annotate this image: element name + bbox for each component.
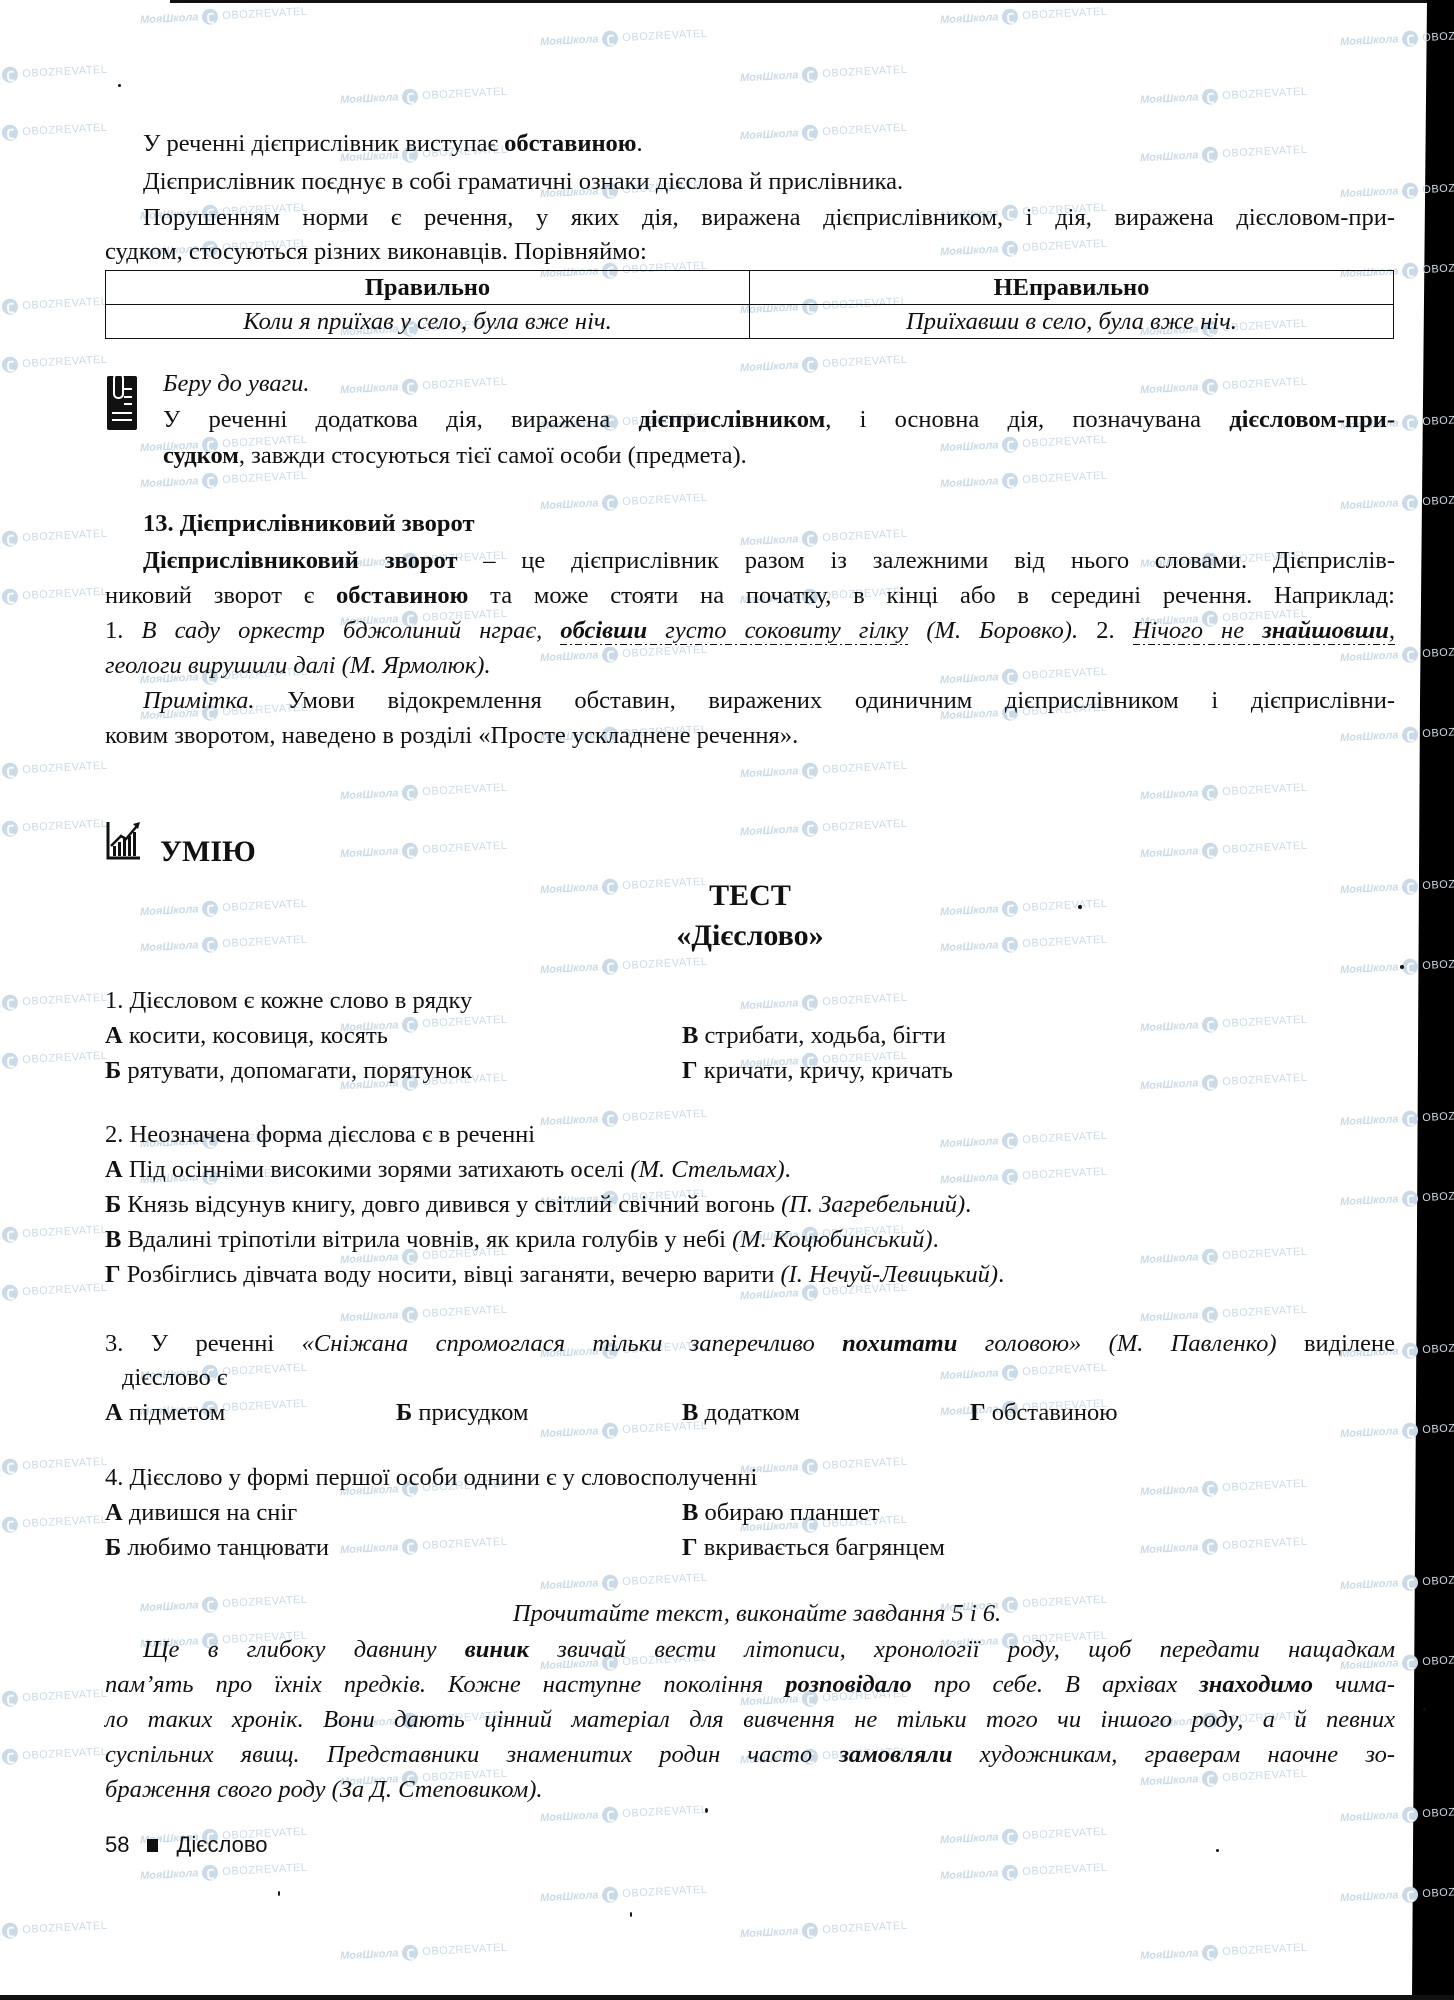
- question-1-option-g[interactable]: Г кричати, кричу, кричать: [682, 1055, 953, 1087]
- note-line-2: судком, завжди стосуються тієї самої осо…: [163, 440, 747, 472]
- passage-line-5: браження свого роду (За Д. Степовиком).: [105, 1774, 543, 1806]
- scan-speck: [1078, 905, 1082, 909]
- question-4-text: 4. Дієслово у формі першої особи однини …: [105, 1462, 757, 1494]
- question-3-text-line-2: дієслово є: [122, 1362, 227, 1394]
- skills-heading: УМІЮ: [160, 834, 256, 870]
- intro-paragraph-3-line-2: судком, стосуються різних виконавців. По…: [105, 236, 647, 268]
- table-header-correct: Правильно: [106, 271, 750, 305]
- section-13-definition-line-2: никовий зворот є обставиною та може стоя…: [105, 580, 1395, 612]
- section-13-heading: 13. Дієприслівниковий зворот: [143, 508, 475, 540]
- section-13-examples-line-1: 1. В саду оркестр бджолиний нграє, обсів…: [105, 615, 1395, 647]
- scan-speck: [118, 84, 121, 87]
- footer-square-icon: [147, 1839, 158, 1852]
- question-1-option-v[interactable]: В стрибати, ходьба, бігти: [682, 1020, 946, 1052]
- passage-line-2: пам’ять про їхніх предків. Кожне наступн…: [105, 1669, 1395, 1701]
- scan-speck: [1216, 1849, 1219, 1852]
- footer-section-label: Дієслово: [176, 1832, 267, 1858]
- test-subtitle: «Дієслово»: [550, 918, 950, 954]
- question-1-option-a[interactable]: А косити, косовиця, косять: [105, 1020, 388, 1052]
- passage-line-4: суспільних явищ. Представники знаменитих…: [105, 1739, 1395, 1771]
- passage-instruction: Прочитайте текст, виконайте завдання 5 і…: [0, 1598, 1454, 1630]
- section-13-remark-line-2: ковим зворотом, наведено в розділі «Прос…: [105, 720, 798, 752]
- paperclip-note-icon: [107, 376, 137, 430]
- question-1-text: 1. Дієсловом є кожне слово в рядку: [105, 985, 472, 1017]
- page-footer: 58 Дієслово: [105, 1832, 268, 1858]
- section-13-definition-line-1: Дієприслівниковий зворот – це дієприслів…: [143, 545, 1395, 577]
- textbook-page: У реченні дієприслівник виступає обстави…: [0, 0, 1454, 2000]
- question-2-option-g[interactable]: Г Розбіглись дівчата воду носити, вівці …: [105, 1259, 1004, 1291]
- intro-paragraph-2: Дієприслівник поєднує в собі граматичні …: [143, 166, 903, 198]
- question-4-option-v[interactable]: В обираю планшет: [682, 1497, 880, 1529]
- intro-paragraph-3-line-1: Порушенням норми є речення, у яких дія, …: [143, 202, 1395, 234]
- question-2-option-b[interactable]: Б Князь відсунув книгу, довго дивився у …: [105, 1189, 971, 1221]
- question-4-option-g[interactable]: Г вкривається багрянцем: [682, 1532, 945, 1564]
- scan-speck: [1400, 965, 1404, 969]
- scan-speck: [278, 1891, 280, 1896]
- note-line-1: У реченні додаткова дія, виражена дієпри…: [163, 404, 1395, 436]
- table-cell-correct-example: Коли я приїхав у село, була вже ніч.: [106, 305, 750, 339]
- question-3-option-v[interactable]: В додатком: [682, 1397, 800, 1429]
- table-cell-incorrect-example: Приїхавши в село, була вже ніч.: [750, 305, 1394, 339]
- scan-speck: [705, 1808, 708, 1813]
- question-2-text: 2. Неозначена форма дієслова є в реченні: [105, 1119, 535, 1151]
- question-1-option-b[interactable]: Б рятувати, допомагати, порятунок: [105, 1055, 472, 1087]
- note-title: Беру до уваги.: [163, 368, 310, 400]
- scan-speck: [1423, 1708, 1426, 1711]
- section-13-remark-line-1: Примітка. Умови відокремлення обставин, …: [143, 685, 1395, 717]
- table-header-incorrect: НЕправильно: [750, 271, 1394, 305]
- question-2-option-v[interactable]: В Вдалині тріпотіли вітрила човнів, як к…: [105, 1224, 939, 1256]
- intro-paragraph-1: У реченні дієприслівник виступає обстави…: [143, 128, 643, 160]
- question-3-option-g[interactable]: Г обставиною: [970, 1397, 1118, 1429]
- passage-line-3: ло таких хронік. Вони дають цінний матер…: [105, 1704, 1395, 1736]
- question-3-option-a[interactable]: А підметом: [105, 1397, 225, 1429]
- question-4-option-b[interactable]: Б любимо танцювати: [105, 1532, 329, 1564]
- question-3-text: 3. У реченні «Сніжана спромоглася тільки…: [105, 1328, 1395, 1360]
- growth-chart-icon: [106, 820, 142, 860]
- participial-phrase-2: Нічого не знайшовши,: [1133, 617, 1395, 645]
- comparison-table: Правильно НЕправильно Коли я приїхав у с…: [105, 270, 1394, 339]
- page-number: 58: [105, 1832, 129, 1858]
- participial-phrase-1: обсівши густо соковиту гілку: [560, 617, 908, 645]
- question-3-option-b[interactable]: Б присудком: [396, 1397, 528, 1429]
- scan-speck: [630, 1912, 632, 1917]
- question-2-option-a[interactable]: А Під осінніми високими зорями затихають…: [105, 1154, 791, 1186]
- test-title: ТЕСТ: [550, 878, 950, 914]
- table-row: Коли я приїхав у село, була вже ніч. При…: [106, 305, 1394, 339]
- question-4-option-a[interactable]: А дивишся на сніг: [105, 1497, 297, 1529]
- passage-line-1: Ще в глибоку давнину виник звичай вести …: [143, 1634, 1395, 1666]
- section-13-examples-line-2: геологи вирушили далі (М. Ярмолюк).: [105, 650, 491, 682]
